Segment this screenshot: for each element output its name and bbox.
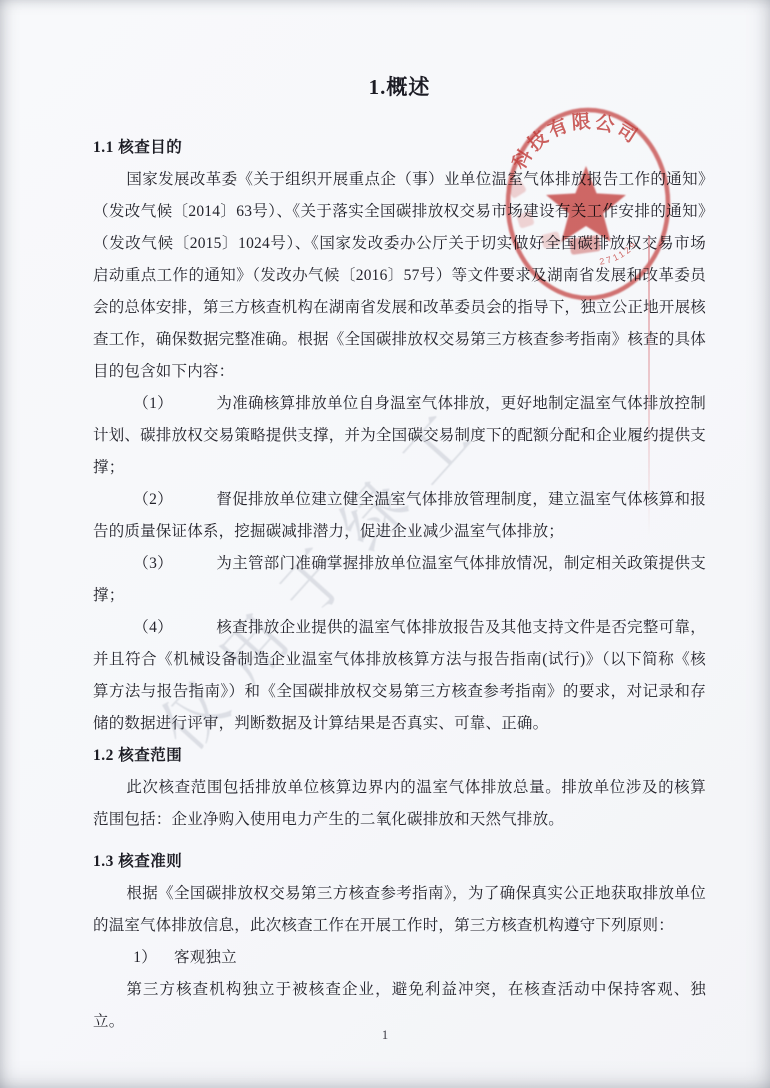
paragraph-criteria: 根据《全国碳排放权交易第三方核查参考指南》，为了确保真实公正地获取排放单位的温室… <box>93 878 706 942</box>
sub-item-1: 1）客观独立 <box>93 942 706 974</box>
page-number: 1 <box>0 1028 770 1043</box>
sub-item-label: 1） <box>133 949 157 966</box>
sub-item-text: 客观独立 <box>174 949 237 966</box>
section-heading-1-1: 1.1 核查目的 <box>93 132 706 164</box>
document-body: 1.概述 1.1 核查目的 国家发展改革委《关于组织开展重点企（事）业单位温室气… <box>93 74 706 1038</box>
list-item-2: （2）督促排放单位建立健全温室气体排放管理制度，建立温室气体核算和报告的质量保证… <box>93 484 706 548</box>
paragraph-scope: 此次核查范围包括排放单位核算边界内的温室气体排放总量。排放单位涉及的核算范围包括… <box>93 772 706 836</box>
item-label: （1） <box>133 395 173 412</box>
item-text: 为准确核算排放单位自身温室气体排放，更好地制定温室气体排放控制计划、碳排放权交易… <box>93 395 706 476</box>
section-heading-1-3: 1.3 核查准则 <box>93 846 706 878</box>
scanned-document-page: 仅用于绿工 1.概述 1.1 核查目的 国家发展改革委《关于组织开展重点企（事）… <box>0 0 770 1088</box>
item-text: 为主管部门准确掌握排放单位温室气体排放情况，制定相关政策提供支撑； <box>93 555 706 604</box>
page-title: 1.概述 <box>93 74 706 100</box>
item-label: （2） <box>133 491 173 508</box>
list-item-3: （3）为主管部门准确掌握排放单位温室气体排放情况，制定相关政策提供支撑； <box>93 548 706 612</box>
item-label: （3） <box>133 555 173 572</box>
item-label: （4） <box>133 619 173 636</box>
list-item-4: （4）核查排放企业提供的温室气体排放报告及其他支持文件是否完整可靠，并且符合《机… <box>93 612 706 740</box>
section-heading-1-2: 1.2 核查范围 <box>93 740 706 772</box>
item-text: 核查排放企业提供的温室气体排放报告及其他支持文件是否完整可靠，并且符合《机械设备… <box>93 619 706 732</box>
item-text: 督促排放单位建立健全温室气体排放管理制度，建立温室气体核算和报告的质量保证体系，… <box>93 491 706 540</box>
list-item-1: （1）为准确核算排放单位自身温室气体排放，更好地制定温室气体排放控制计划、碳排放… <box>93 388 706 484</box>
paragraph-intro: 国家发展改革委《关于组织开展重点企（事）业单位温室气体排放报告工作的通知》（发改… <box>93 164 706 388</box>
